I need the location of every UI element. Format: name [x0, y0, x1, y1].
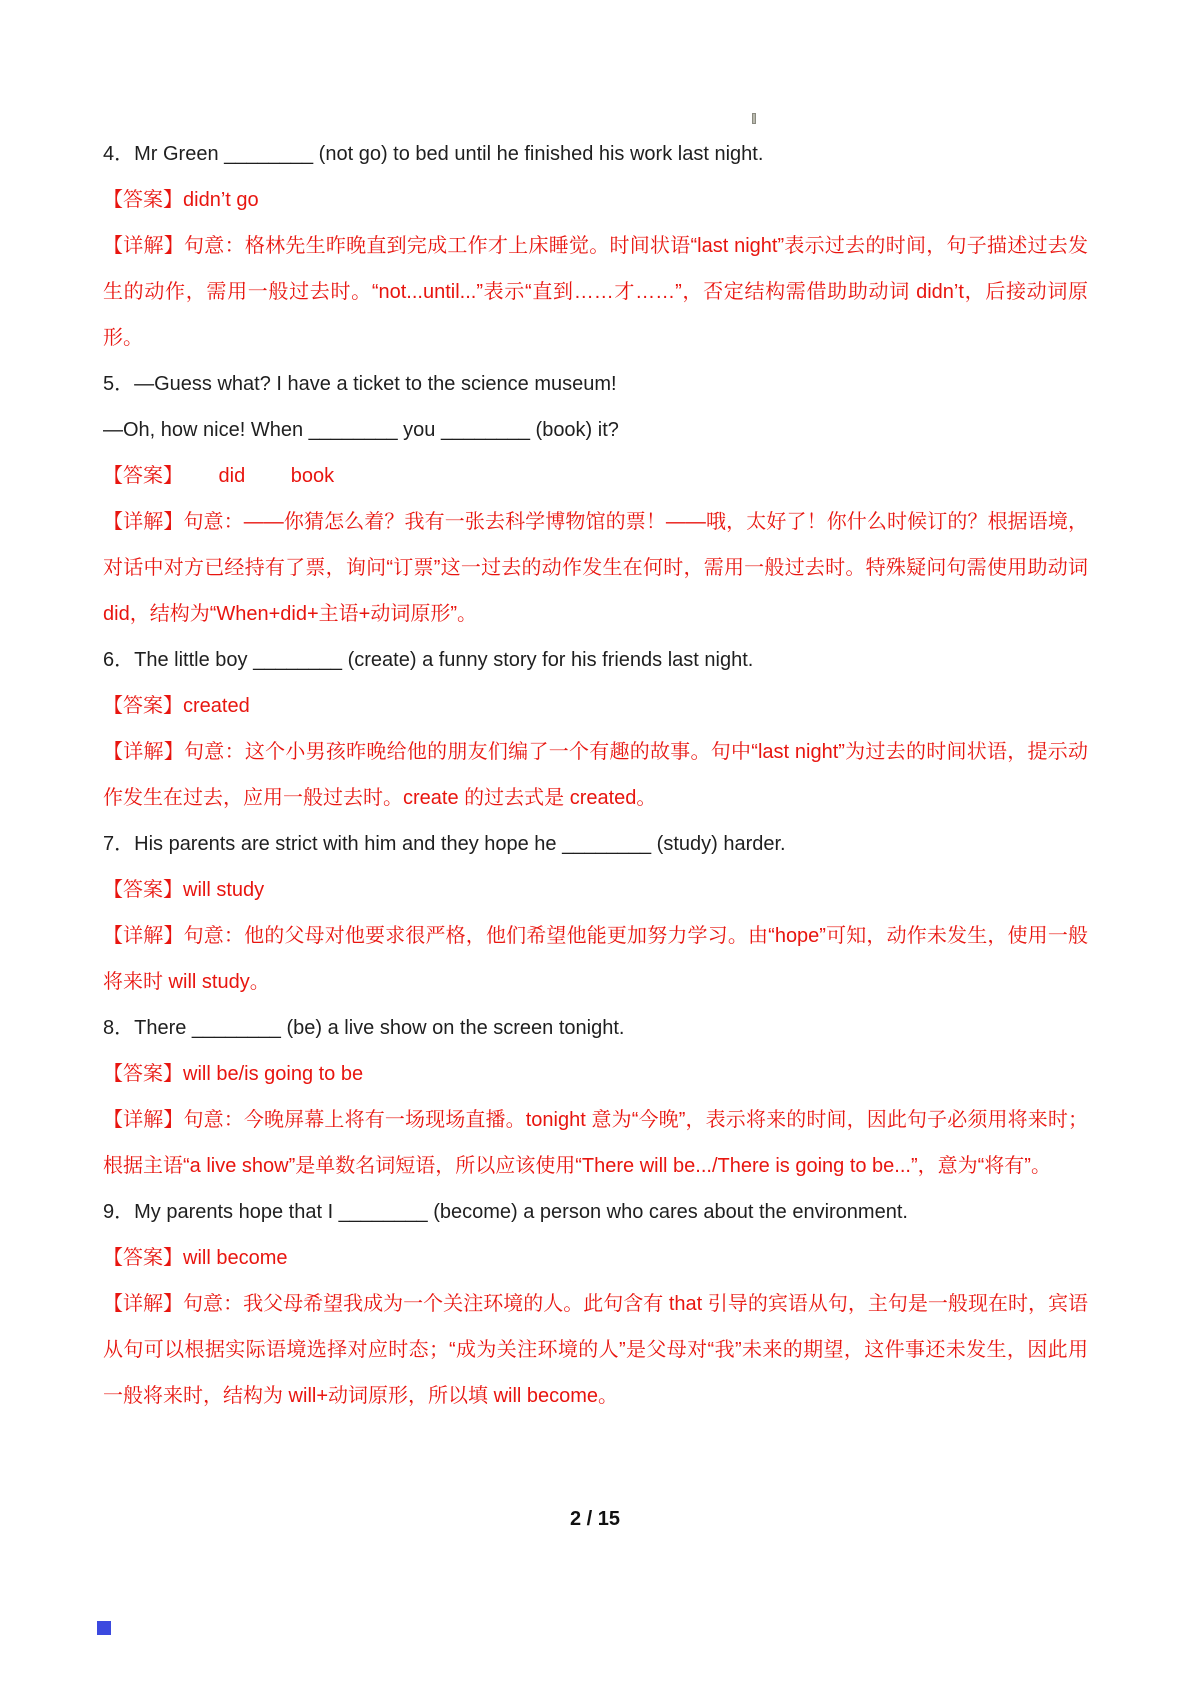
page-number: 2 / 15 [0, 1508, 1190, 1531]
explanation-label: 【详解】 [103, 1293, 183, 1315]
explanation-text: 句意：格林先生昨晚直到完成工作才上床睡觉。时间状语“last night”表示过… [103, 235, 1088, 349]
explanation-line: 【详解】句意：今晚屏幕上将有一场现场直播。tonight 意为“今晚”，表示将来… [103, 1097, 1088, 1189]
answer-line: 【答案】will study [103, 867, 1088, 913]
answer-label: 【答案】 [103, 695, 183, 717]
question-text: 7．His parents are strict with him and th… [103, 821, 1088, 867]
question-block-8: 8．There ________ (be) a live show on the… [103, 1005, 1088, 1189]
answer-value: will be/is going to be [183, 1063, 363, 1085]
answer-label: 【答案】 [103, 1063, 183, 1085]
explanation-line: 【详解】句意：他的父母对他要求很严格，他们希望他能更加努力学习。由“hope”可… [103, 913, 1088, 1005]
explanation-line: 【详解】句意：我父母希望我成为一个关注环境的人。此句含有 that 引导的宾语从… [103, 1281, 1088, 1419]
answer-value: did book [173, 465, 334, 487]
text-cursor-artifact [752, 113, 756, 124]
answer-label: 【答案】 [103, 879, 183, 901]
explanation-label: 【详解】 [103, 511, 183, 533]
question-text: 4．Mr Green ________ (not go) to bed unti… [103, 131, 1088, 177]
question-block-5: 5．—Guess what? I have a ticket to the sc… [103, 361, 1088, 637]
answer-label: 【答案】 [103, 1247, 183, 1269]
explanation-text: 句意：今晚屏幕上将有一场现场直播。tonight 意为“今晚”，表示将来的时间，… [103, 1109, 1088, 1177]
document-content: 4．Mr Green ________ (not go) to bed unti… [103, 131, 1088, 1419]
question-text: 6．The little boy ________ (create) a fun… [103, 637, 1088, 683]
question-block-6: 6．The little boy ________ (create) a fun… [103, 637, 1088, 821]
explanation-text: 句意：他的父母对他要求很严格，他们希望他能更加努力学习。由“hope”可知，动作… [103, 925, 1088, 993]
question-block-4: 4．Mr Green ________ (not go) to bed unti… [103, 131, 1088, 361]
explanation-text: 句意：——你猜怎么着？我有一张去科学博物馆的票！——哦，太好了！你什么时候订的？… [103, 511, 1094, 625]
answer-line: 【答案】 did book [103, 453, 1088, 499]
answer-label: 【答案】 [103, 465, 173, 487]
corner-marker [97, 1621, 111, 1635]
answer-line: 【答案】will be/is going to be [103, 1051, 1088, 1097]
question-text: 5．—Guess what? I have a ticket to the sc… [103, 361, 1088, 407]
explanation-text: 句意：这个小男孩昨晚给他的朋友们编了一个有趣的故事。句中“last night”… [103, 741, 1088, 809]
explanation-label: 【详解】 [103, 235, 184, 257]
explanation-text: 句意：我父母希望我成为一个关注环境的人。此句含有 that 引导的宾语从句，主句… [103, 1293, 1088, 1407]
question-text: —Oh, how nice! When ________ you _______… [103, 407, 1088, 453]
question-block-9: 9．My parents hope that I ________ (becom… [103, 1189, 1088, 1419]
answer-value: will become [183, 1247, 287, 1269]
answer-line: 【答案】didn’t go [103, 177, 1088, 223]
explanation-line: 【详解】句意：这个小男孩昨晚给他的朋友们编了一个有趣的故事。句中“last ni… [103, 729, 1088, 821]
explanation-line: 【详解】句意：——你猜怎么着？我有一张去科学博物馆的票！——哦，太好了！你什么时… [103, 499, 1088, 637]
answer-line: 【答案】created [103, 683, 1088, 729]
question-text: 9．My parents hope that I ________ (becom… [103, 1189, 1088, 1235]
document-page: 4．Mr Green ________ (not go) to bed unti… [0, 0, 1190, 1683]
answer-value: created [183, 695, 250, 717]
answer-value: will study [183, 879, 264, 901]
answer-label: 【答案】 [103, 189, 183, 211]
question-text: 8．There ________ (be) a live show on the… [103, 1005, 1088, 1051]
answer-value: didn’t go [183, 189, 259, 211]
explanation-line: 【详解】句意：格林先生昨晚直到完成工作才上床睡觉。时间状语“last night… [103, 223, 1088, 361]
explanation-label: 【详解】 [103, 925, 184, 947]
explanation-label: 【详解】 [103, 1109, 184, 1131]
question-block-7: 7．His parents are strict with him and th… [103, 821, 1088, 1005]
answer-line: 【答案】will become [103, 1235, 1088, 1281]
explanation-label: 【详解】 [103, 741, 184, 763]
